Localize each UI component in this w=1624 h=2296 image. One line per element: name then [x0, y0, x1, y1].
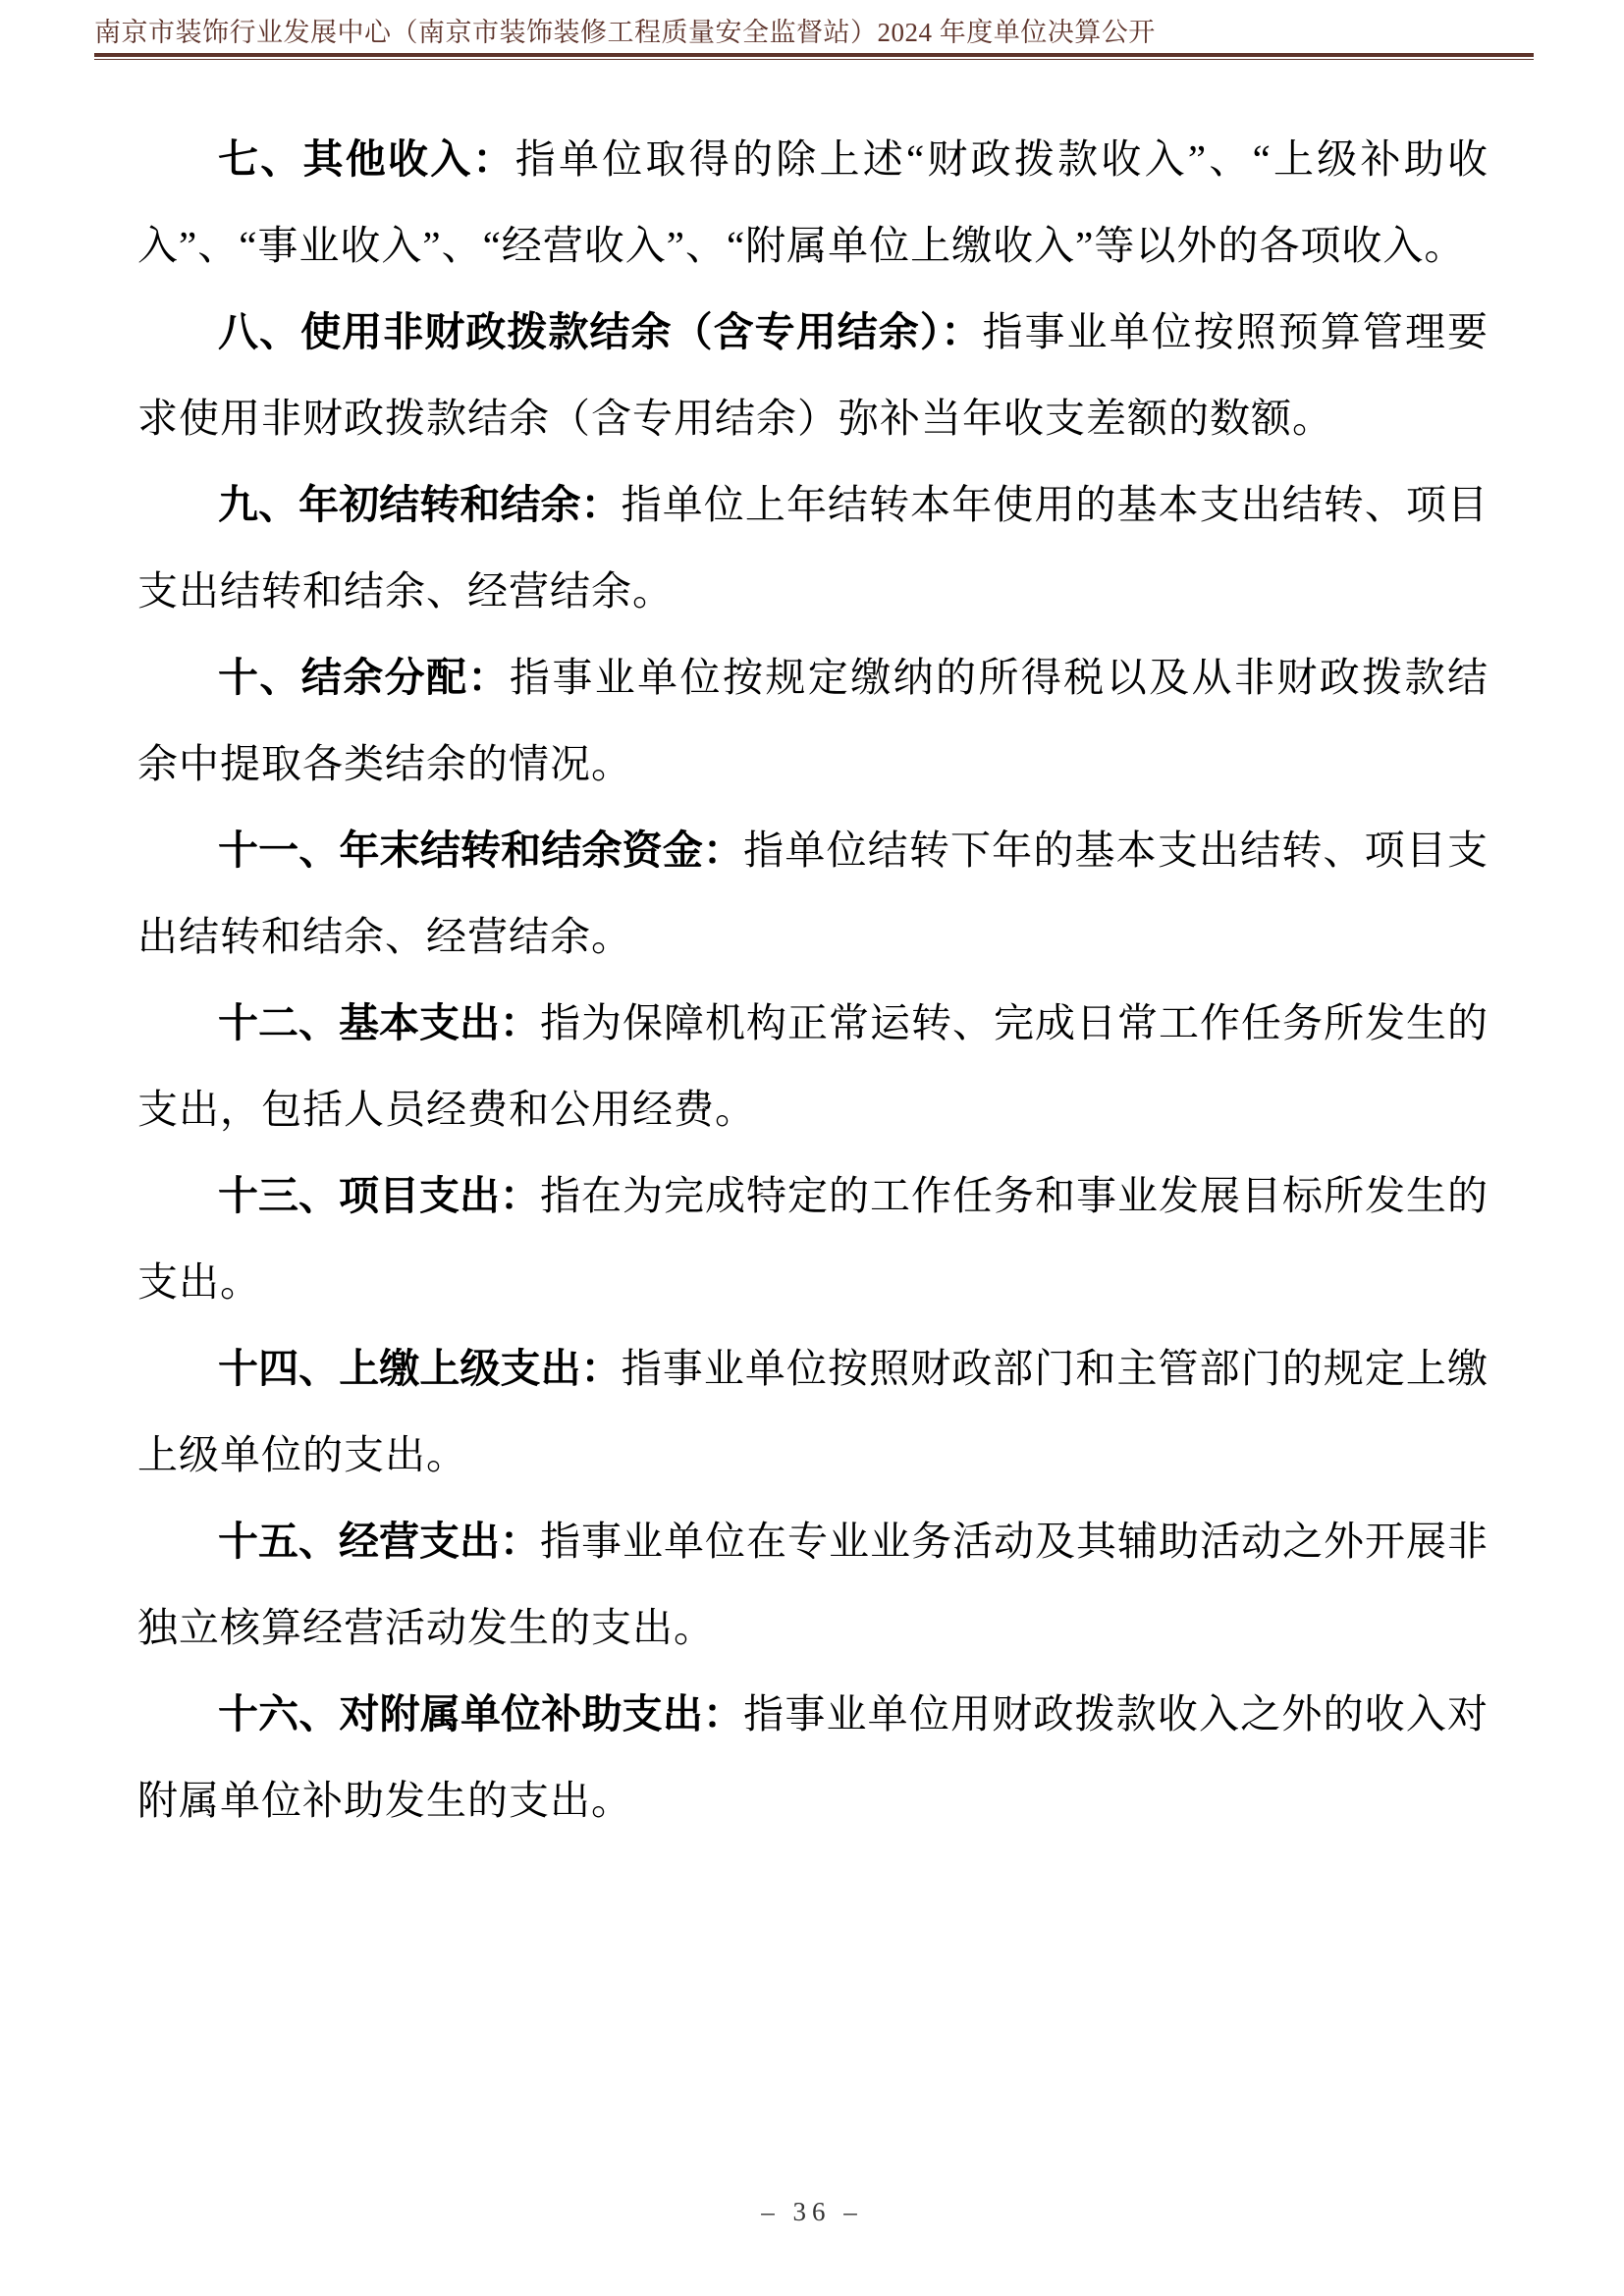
page-number: – 36 – — [761, 2197, 863, 2226]
document-page: 南京市装饰行业发展中心（南京市装饰装修工程质量安全监督站）2024 年度单位决算… — [0, 0, 1624, 2296]
definition-term: 十、结余分配： — [218, 655, 510, 700]
definition-paragraph: 十四、上缴上级支出：指事业单位按照财政部门和主管部门的规定上缴上级单位的支出。 — [137, 1325, 1489, 1498]
definition-paragraph: 十五、经营支出：指事业单位在专业业务活动及其辅助活动之外开展非独立核算经营活动发… — [137, 1498, 1489, 1671]
definition-paragraph: 十一、年末结转和结余资金：指单位结转下年的基本支出结转、项目支出结转和结余、经营… — [137, 807, 1489, 980]
definition-paragraph: 十二、基本支出：指为保障机构正常运转、完成日常工作任务所发生的支出，包括人员经费… — [137, 980, 1489, 1152]
definition-term: 八、使用非财政拨款结余（含专用结余）： — [218, 309, 982, 354]
document-footer: – 36 – — [0, 2197, 1624, 2227]
definition-term: 九、年初结转和结余： — [218, 482, 622, 527]
document-header-title: 南京市装饰行业发展中心（南京市装饰装修工程质量安全监督站）2024 年度单位决算… — [94, 16, 1534, 49]
definition-paragraph: 十六、对附属单位补助支出：指事业单位用财政拨款收入之外的收入对附属单位补助发生的… — [137, 1671, 1489, 1843]
definition-term: 十五、经营支出： — [218, 1519, 540, 1564]
definition-term: 十二、基本支出： — [218, 1000, 540, 1045]
definition-term: 十四、上缴上级支出： — [218, 1346, 622, 1391]
definition-paragraph: 八、使用非财政拨款结余（含专用结余）：指事业单位按照预算管理要求使用非财政拨款结… — [137, 289, 1489, 461]
definition-term: 十六、对附属单位补助支出： — [218, 1691, 743, 1736]
header-rule-thin — [94, 59, 1534, 60]
definition-term: 七、其他收入： — [218, 136, 515, 182]
definition-term: 十三、项目支出： — [218, 1173, 540, 1218]
definition-term: 十一、年末结转和结余资金： — [218, 828, 743, 873]
definition-paragraph: 七、其他收入：指单位取得的除上述“财政拨款收入”、“上级补助收入”、“事业收入”… — [137, 116, 1489, 289]
document-header: 南京市装饰行业发展中心（南京市装饰装修工程质量安全监督站）2024 年度单位决算… — [94, 16, 1534, 60]
definition-paragraph: 十、结余分配：指事业单位按规定缴纳的所得税以及从非财政拨款结余中提取各类结余的情… — [137, 634, 1489, 807]
document-body: 七、其他收入：指单位取得的除上述“财政拨款收入”、“上级补助收入”、“事业收入”… — [137, 116, 1489, 1843]
header-rule-thick — [94, 53, 1534, 57]
definition-paragraph: 十三、项目支出：指在为完成特定的工作任务和事业发展目标所发生的支出。 — [137, 1152, 1489, 1325]
definition-paragraph: 九、年初结转和结余：指单位上年结转本年使用的基本支出结转、项目支出结转和结余、经… — [137, 461, 1489, 634]
